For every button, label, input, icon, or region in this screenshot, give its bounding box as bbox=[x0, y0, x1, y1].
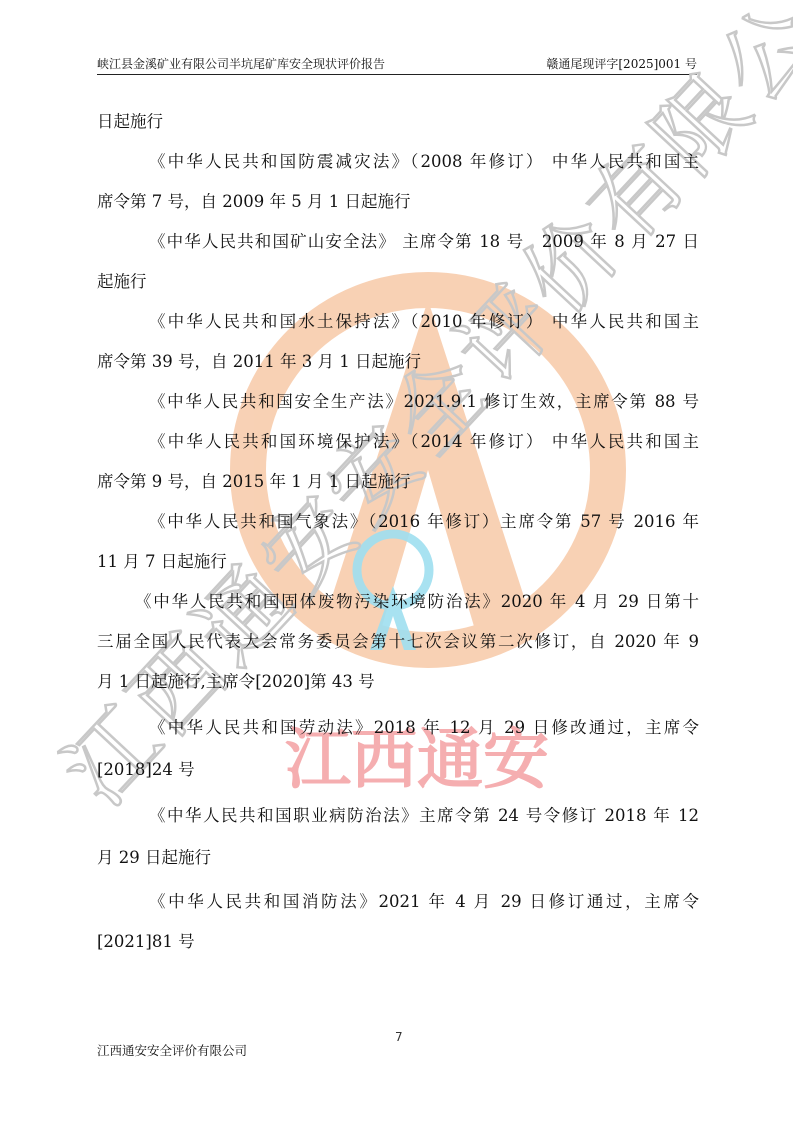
text-line: 《中华人民共和国防震减灾法》（2008 年修订） 中华人民共和国主 bbox=[149, 150, 699, 174]
text-line: 《中华人民共和国消防法》2021 年 4 月 29 日修订通过，主席令 bbox=[149, 890, 699, 914]
text-line: 《中华人民共和国水土保持法》（2010 年修订） 中华人民共和国主 bbox=[149, 310, 699, 334]
report-title: 峡江县金溪矿业有限公司半坑尾矿库安全现状评价报告 bbox=[97, 57, 385, 71]
text-line: 日起施行 bbox=[97, 110, 163, 134]
report-number: 赣通尾现评字[2025]001 号 bbox=[546, 57, 697, 71]
text-line: 席令第 9 号，自 2015 年 1 月 1 日起施行 bbox=[97, 470, 410, 494]
page-number: 7 bbox=[395, 1030, 403, 1044]
footer-company-name: 江西通安安全评价有限公司 bbox=[97, 1041, 247, 1059]
text-line: 《中华人民共和国安全生产法》2021.9.1 修订生效，主席令第 88 号 bbox=[149, 390, 699, 414]
text-line: 《中华人民共和国固体废物污染环境防治法》2020 年 4 月 29 日第十 bbox=[135, 590, 699, 614]
text-line: 《中华人民共和国气象法》（2016 年修订）主席令第 57 号 2016 年 bbox=[149, 510, 699, 534]
text-line: 月 29 日起施行 bbox=[97, 846, 211, 870]
text-line: 起施行 bbox=[97, 270, 147, 294]
text-line: 月 1 日起施行,主席令[2020]第 43 号 bbox=[97, 670, 375, 694]
text-line: 三届全国人民代表大会常务委员会第十七次会议第二次修订，自 2020 年 9 bbox=[97, 630, 699, 654]
text-line: 《中华人民共和国环境保护法》（2014 年修订） 中华人民共和国主 bbox=[149, 430, 699, 454]
text-line: 席令第 7 号，自 2009 年 5 月 1 日起施行 bbox=[97, 190, 410, 214]
text-line: 《中华人民共和国矿山安全法》 主席令第 18 号 2009 年 8 月 27 日 bbox=[149, 230, 699, 254]
text-line: [2018]24 号 bbox=[97, 758, 195, 782]
page-header: 峡江县金溪矿业有限公司半坑尾矿库安全现状评价报告 赣通尾现评字[2025]001… bbox=[97, 57, 697, 75]
text-line: 11 月 7 日起施行 bbox=[97, 550, 227, 574]
text-line: [2021]81 号 bbox=[97, 930, 195, 954]
text-line: 《中华人民共和国职业病防治法》主席令第 24 号令修订 2018 年 12 bbox=[149, 804, 699, 828]
text-line: 《中华人民共和国劳动法》2018 年 12 月 29 日修改通过，主席令 bbox=[149, 716, 699, 740]
text-line: 席令第 39 号，自 2011 年 3 月 1 日起施行 bbox=[97, 350, 421, 374]
